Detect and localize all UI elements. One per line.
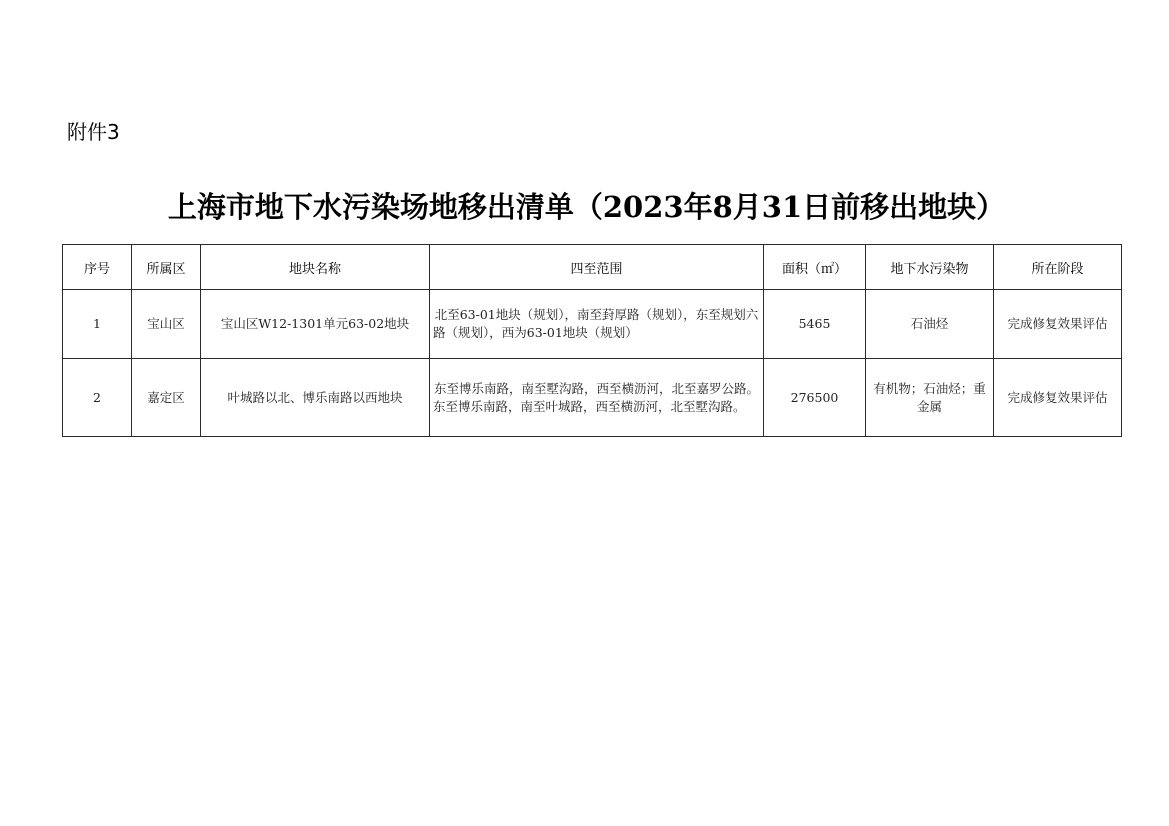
cell-district: 宝山区	[132, 290, 201, 359]
page-title: 上海市地下水污染场地移出清单（2023年8月31日前移出地块）	[0, 187, 1169, 227]
cell-index: 1	[63, 290, 132, 359]
table-row: 1 宝山区 宝山区W12-1301单元63-02地块 北至63-01地块（规划）…	[63, 290, 1122, 359]
cell-plot-name: 叶城路以北、博乐南路以西地块	[201, 359, 430, 437]
cell-boundaries: 东至博乐南路，南至墅沟路，西至横沥河，北至嘉罗公路。东至博乐南路，南至叶城路，西…	[430, 359, 764, 437]
cell-area: 5465	[764, 290, 866, 359]
cell-pollutants: 石油烃	[866, 290, 994, 359]
cell-boundaries: 北至63-01地块（规划），南至葑厚路（规划），东至规划六路（规划），西为63-…	[430, 290, 764, 359]
cell-stage: 完成修复效果评估	[994, 359, 1122, 437]
cell-plot-name: 宝山区W12-1301单元63-02地块	[201, 290, 430, 359]
cell-stage: 完成修复效果评估	[994, 290, 1122, 359]
cell-index: 2	[63, 359, 132, 437]
header-index: 序号	[63, 245, 132, 290]
cell-district: 嘉定区	[132, 359, 201, 437]
header-plot-name: 地块名称	[201, 245, 430, 290]
header-area: 面积（㎡）	[764, 245, 866, 290]
header-district: 所属区	[132, 245, 201, 290]
header-pollutants: 地下水污染物	[866, 245, 994, 290]
cell-area: 276500	[764, 359, 866, 437]
attachment-label: 附件3	[67, 118, 120, 146]
cell-pollutants: 有机物；石油烃；重金属	[866, 359, 994, 437]
table-header-row: 序号 所属区 地块名称 四至范围 面积（㎡） 地下水污染物 所在阶段	[63, 245, 1122, 290]
header-boundaries: 四至范围	[430, 245, 764, 290]
site-removal-table: 序号 所属区 地块名称 四至范围 面积（㎡） 地下水污染物 所在阶段 1 宝山区…	[62, 244, 1122, 437]
header-stage: 所在阶段	[994, 245, 1122, 290]
table-row: 2 嘉定区 叶城路以北、博乐南路以西地块 东至博乐南路，南至墅沟路，西至横沥河，…	[63, 359, 1122, 437]
